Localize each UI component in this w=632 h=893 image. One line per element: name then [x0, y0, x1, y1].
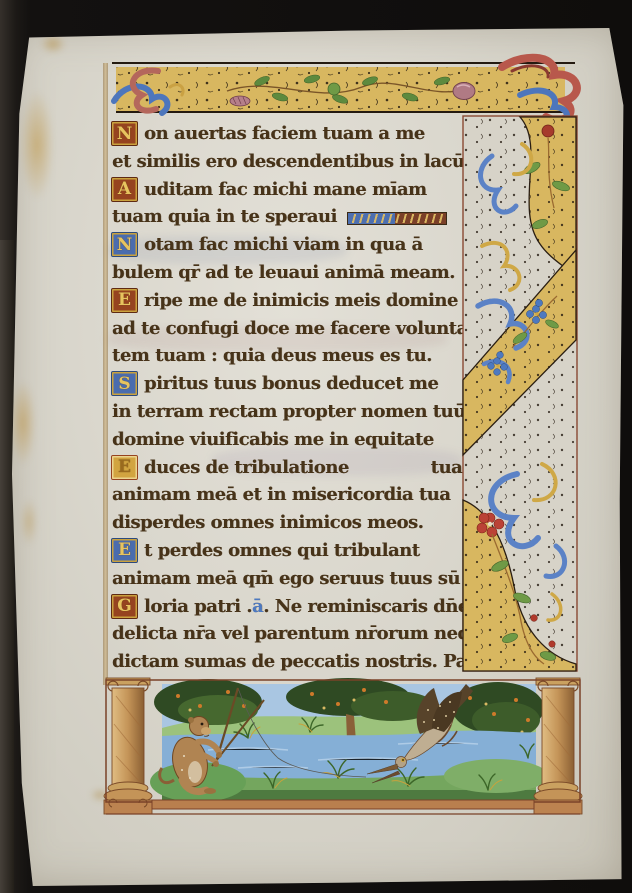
illuminated-initial: G — [112, 595, 137, 618]
ruling-line — [103, 63, 108, 685]
line-filler — [347, 212, 447, 225]
binding-gutter-shadow — [0, 240, 14, 893]
text-line: ad te confugi doce me facere volunta — [112, 316, 468, 344]
text-line: tem tuam : quia deus meus es tu. — [112, 343, 468, 371]
bas-de-page-miniature — [98, 676, 588, 821]
text-line: Non auertas faciem tuam a me — [112, 121, 468, 149]
line-text: et similis ero descendentibus in lacū. — [112, 149, 470, 174]
illuminated-initial: N — [112, 122, 137, 145]
landscape-scene — [150, 678, 548, 802]
line-text: in terram rectam propter nomen tuū — [112, 399, 466, 424]
line-text: animam meā qm̄ ego seruus tuus sū — [112, 566, 460, 591]
top-border-illumination — [112, 61, 575, 119]
illuminated-initial: N — [112, 233, 137, 256]
line-text: ad te confugi doce me facere volunta — [112, 316, 468, 341]
text-line: domine viuificabis me in equitate — [112, 427, 468, 455]
line-text: bulem qr̄ ad te leuaui animā meam. — [112, 260, 455, 285]
line-text: uditam fac michi mane mīam — [144, 177, 427, 202]
illuminated-initial: E — [112, 289, 137, 312]
text-line: Et perdes omnes qui tribulant — [112, 538, 468, 566]
illuminated-initial: A — [112, 178, 137, 201]
text-line: Gloria patri . ā . Ne reminiscaris dn̄e — [112, 594, 468, 622]
parchment-stain — [40, 34, 66, 54]
text-line: et similis ero descendentibus in lacū. — [112, 149, 468, 177]
illuminated-initial: E — [112, 456, 137, 479]
line-text: tem tuam : quia deus meus es tu. — [112, 343, 432, 368]
text-line: Notam fac michi viam in qua ā — [112, 232, 468, 260]
line-text: dictam sumas de peccatis nostris. Parce — [112, 649, 497, 674]
parchment-stain — [20, 498, 38, 546]
text-line: tuam quia in te speraui — [112, 204, 468, 232]
text-line: in terram rectam propter nomen tuū — [112, 399, 468, 427]
line-text: tuam quia in te speraui — [112, 204, 337, 229]
line-text: on auertas faciem tuam a me — [144, 121, 425, 146]
line-text: . Ne reminiscaris dn̄e — [263, 594, 469, 619]
text-line: dictam sumas de peccatis nostris. Parce — [112, 649, 468, 677]
column-left — [104, 678, 152, 814]
line-text: duces de tribulatione — [144, 455, 349, 480]
line-text: delicta nr̄a vel parentum nr̄orum neq; v… — [112, 621, 510, 646]
text-line: animam meā qm̄ ego seruus tuus sū — [112, 566, 468, 594]
text-line: bulem qr̄ ad te leuaui animā meam. — [112, 260, 468, 288]
text-line: animam meā et in misericordia tua — [112, 482, 468, 510]
text-line: Educes de tribulationetua. — [112, 455, 468, 483]
text-line: disperdes omnes inimicos meos. — [112, 510, 468, 538]
text-line: delicta nr̄a vel parentum nr̄orum neq; v… — [112, 621, 468, 649]
illuminated-initial: S — [112, 372, 137, 395]
column-right — [534, 678, 582, 814]
text-line: Auditam fac michi mane mīam — [112, 177, 468, 205]
line-text: ripe me de inimicis meis domine — [144, 288, 458, 313]
text-line: Spiritus tuus bonus deducet me — [112, 371, 468, 399]
photo-background: Non auertas faciem tuam a me et similis … — [0, 0, 632, 893]
line-text: domine viuificabis me in equitate — [112, 427, 434, 452]
line-text: piritus tuus bonus deducet me — [144, 371, 438, 396]
latin-text-block: Non auertas faciem tuam a me et similis … — [112, 121, 468, 677]
line-text: t perdes omnes qui tribulant — [144, 538, 420, 563]
manuscript-leaf: Non auertas faciem tuam a me et similis … — [12, 28, 624, 886]
line-text: disperdes omnes inimicos meos. — [112, 510, 423, 535]
antiphon-mark: ā — [252, 594, 263, 619]
line-text: otam fac michi viam in qua ā — [144, 232, 423, 257]
line-text: loria patri . — [144, 594, 252, 619]
parchment-stain — [10, 380, 36, 466]
right-border-illumination — [462, 116, 578, 672]
line-text: animam meā et in misericordia tua — [112, 482, 450, 507]
text-line: Eripe me de inimicis meis domine — [112, 288, 468, 316]
parchment-stain — [20, 90, 54, 200]
illuminated-initial: E — [112, 539, 137, 562]
